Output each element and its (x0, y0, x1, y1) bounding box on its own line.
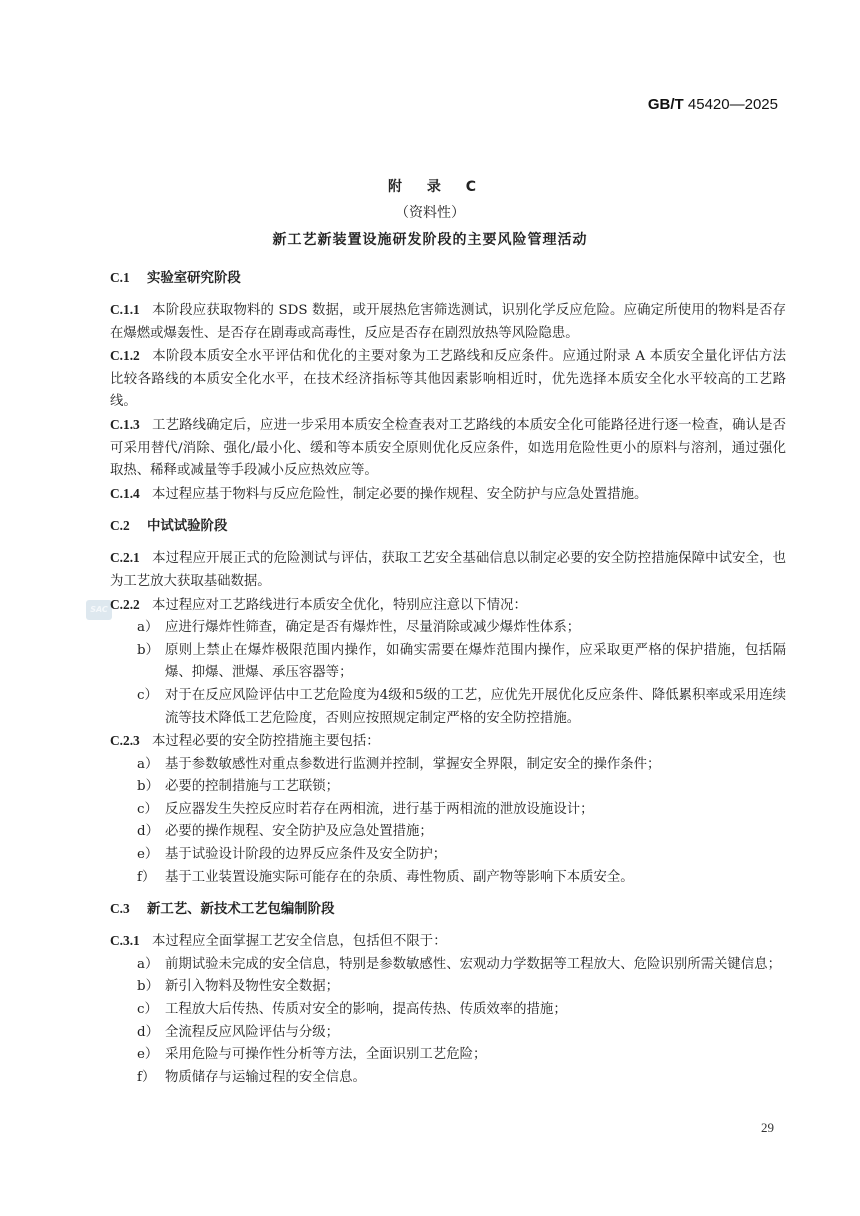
clause-c2-1: C.2.1本过程应开展正式的危险测试与评估，获取工艺安全基础信息以制定必要的安全… (110, 547, 786, 593)
clause-c2-2: C.2.2本过程应对工艺路线进行本质安全优化，特别应注意以下情况： (110, 594, 786, 618)
list-item: f）基于工业装置设施实际可能存在的杂质、毒性物质、副产物等影响下本质安全。 (110, 867, 786, 890)
standard-prefix: GB/T (648, 96, 684, 113)
clause-c2-3-list: a）基于参数敏感性对重点参数进行监测并控制，掌握安全界限，制定安全的操作条件； … (110, 754, 786, 890)
list-item: b）必要的控制措施与工艺联锁； (110, 776, 786, 799)
section-heading-c3: C.3新工艺、新技术工艺包编制阶段 (110, 899, 786, 920)
list-item: c）工程放大后传热、传质对安全的影响，提高传热、传质效率的措施； (110, 999, 786, 1022)
section-heading-c2: C.2中试试验阶段 (110, 516, 786, 537)
clause-c1-3: C.1.3工艺路线确定后，应进一步采用本质安全检查表对工艺路线的本质安全化可能路… (110, 414, 786, 483)
annex-title: 附 录 C (14, 174, 860, 200)
annex-name: 新工艺新装置设施研发阶段的主要风险管理活动 (0, 226, 860, 254)
standard-number: GB/T 45420—2025 (648, 96, 778, 113)
list-item: b）原则上禁止在爆炸极限范围内操作，如确实需要在爆炸范围内操作，应采取更严格的保… (110, 640, 786, 685)
clause-c3-1: C.3.1本过程应全面掌握工艺安全信息，包括但不限于： (110, 930, 786, 954)
sac-logo-icon: SAC (86, 600, 112, 620)
clause-c3-1-list: a）前期试验未完成的安全信息，特别是参数敏感性、宏观动力学数据等工程放大、危险识… (110, 954, 786, 1090)
standard-code: 45420—2025 (688, 96, 778, 113)
clause-c1-2: C.1.2本阶段本质安全水平评估和优化的主要对象为工艺路线和反应条件。应通过附录… (110, 345, 786, 414)
clause-c2-3: C.2.3本过程必要的安全防控措施主要包括： (110, 730, 786, 754)
clause-c1-4: C.1.4本过程应基于物料与反应危险性，制定必要的操作规程、安全防护与应急处置措… (110, 483, 786, 507)
annex-title-block: 附 录 C （资料性） 新工艺新装置设施研发阶段的主要风险管理活动 (0, 174, 860, 254)
page-number: 29 (761, 1120, 774, 1136)
list-item: c）反应器发生失控反应时若存在两相流，进行基于两相流的泄放设施设计； (110, 799, 786, 822)
section-heading-c1: C.1实验室研究阶段 (110, 268, 786, 289)
list-item: e）基于试验设计阶段的边界反应条件及安全防护； (110, 844, 786, 867)
list-item: a）基于参数敏感性对重点参数进行监测并控制，掌握安全界限，制定安全的操作条件； (110, 754, 786, 777)
clause-c1-1: C.1.1本阶段应获取物料的 SDS 数据，或开展热危害筛选测试，识别化学反应危… (110, 299, 786, 345)
list-item: d）全流程反应风险评估与分级； (110, 1022, 786, 1045)
annex-type: （资料性） (0, 200, 860, 226)
list-item: c）对于在反应风险评估中工艺危险度为4级和5级的工艺，应优先开展优化反应条件、降… (110, 685, 786, 730)
list-item: d）必要的操作规程、安全防护及应急处置措施； (110, 821, 786, 844)
list-item: e）采用危险与可操作性分析等方法，全面识别工艺危险； (110, 1044, 786, 1067)
document-body: C.1实验室研究阶段 C.1.1本阶段应获取物料的 SDS 数据，或开展热危害筛… (110, 268, 786, 1089)
list-item: f）物质储存与运输过程的安全信息。 (110, 1067, 786, 1090)
list-item: a）前期试验未完成的安全信息，特别是参数敏感性、宏观动力学数据等工程放大、危险识… (110, 954, 786, 977)
list-item: a）应进行爆炸性筛查，确定是否有爆炸性，尽量消除或减少爆炸性体系； (110, 617, 786, 640)
list-item: b）新引入物料及物性安全数据； (110, 976, 786, 999)
clause-c2-2-list: a）应进行爆炸性筛查，确定是否有爆炸性，尽量消除或减少爆炸性体系； b）原则上禁… (110, 617, 786, 730)
